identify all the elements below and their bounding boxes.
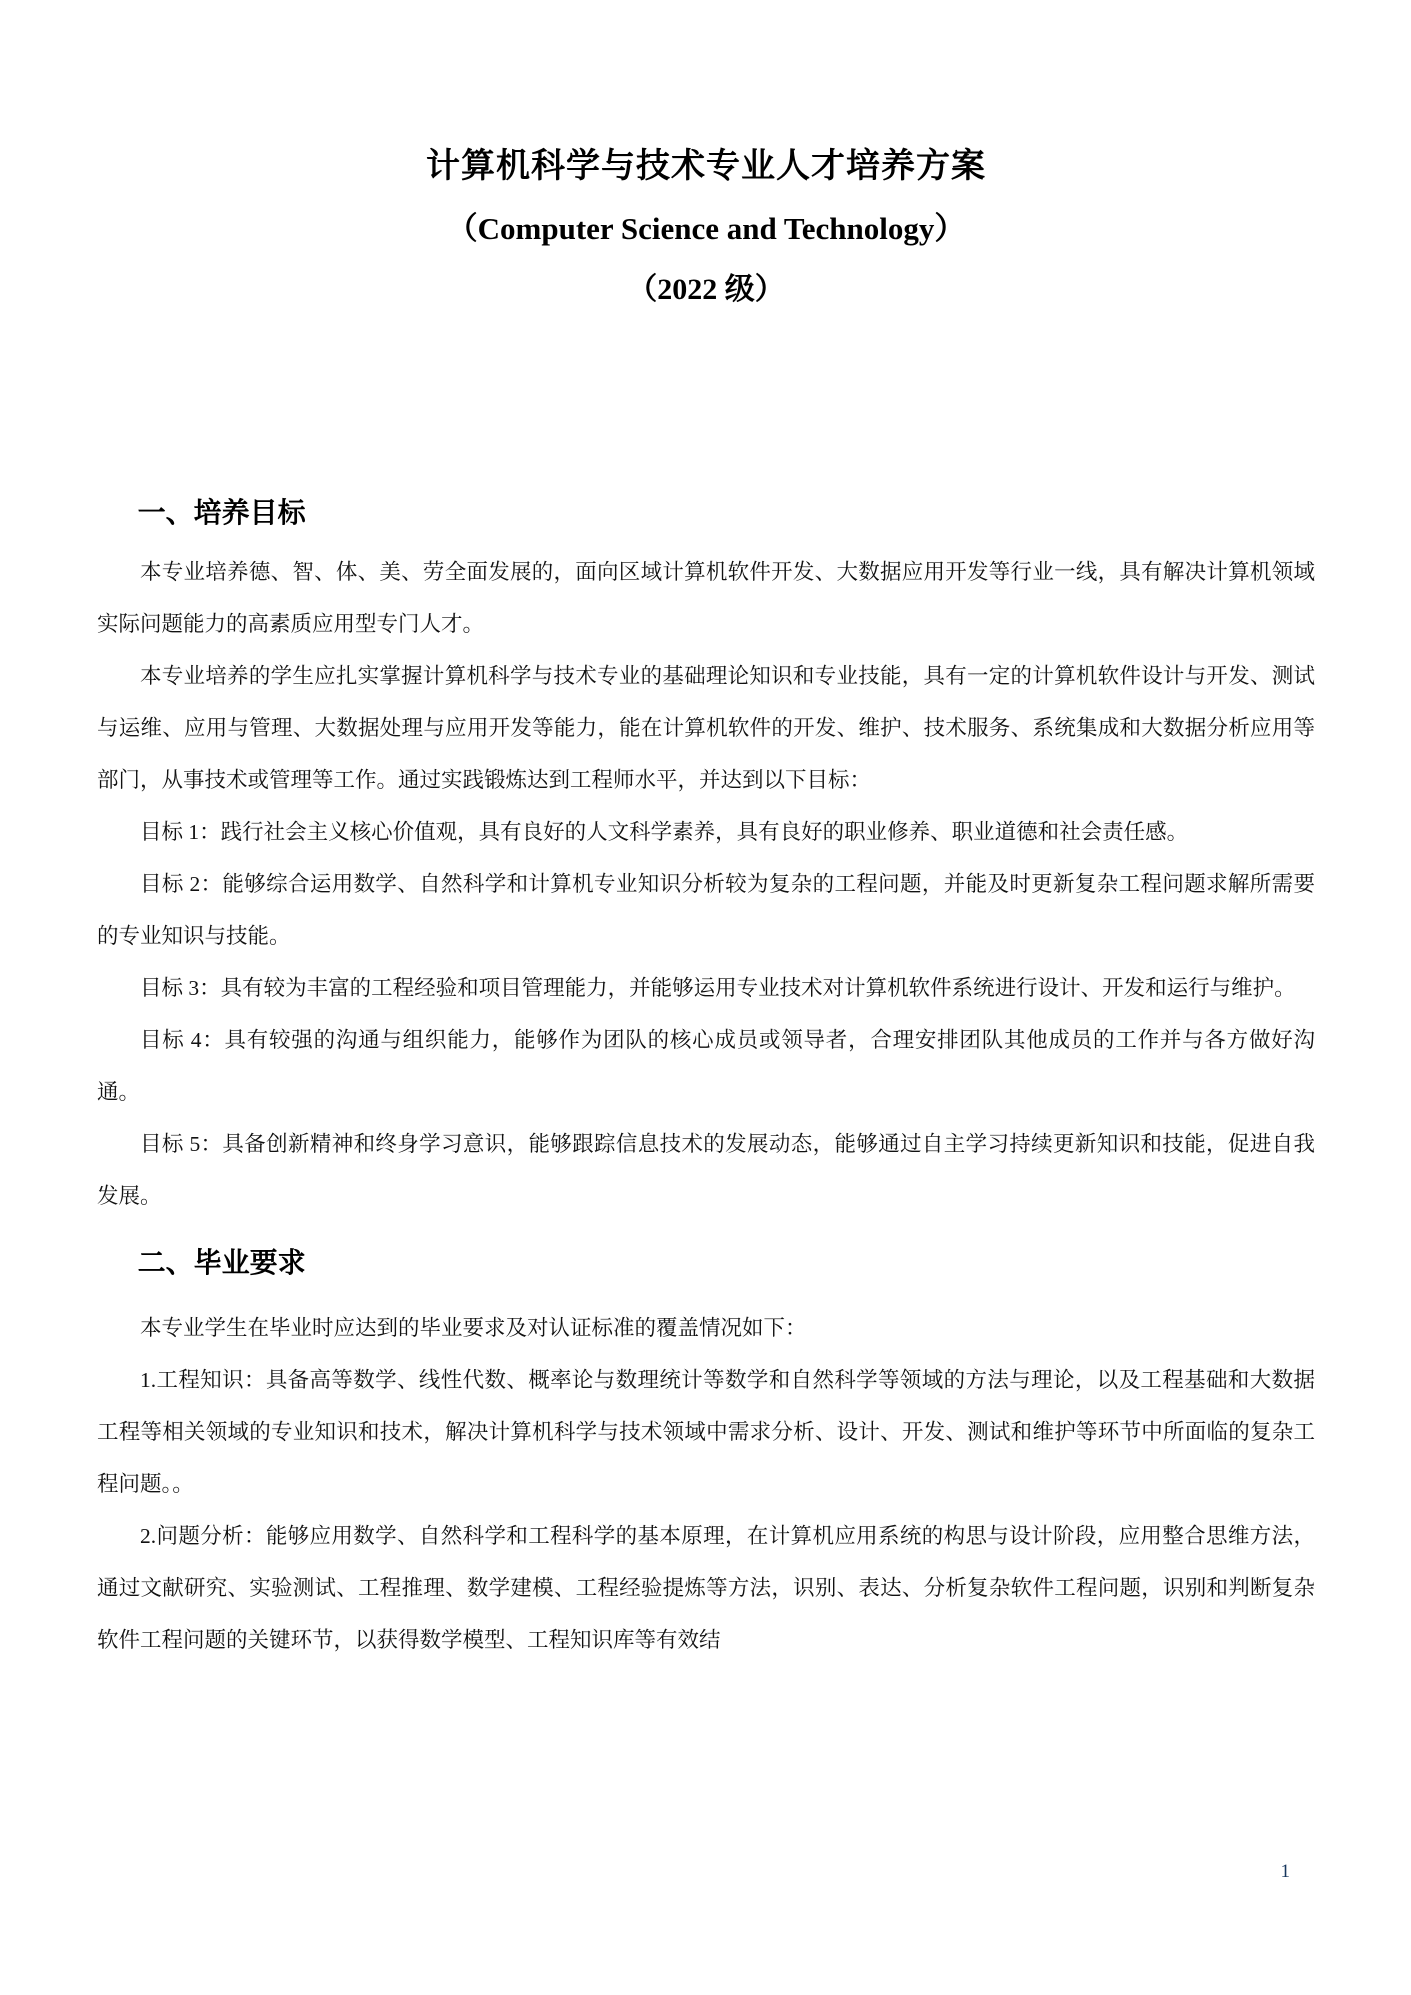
section-graduation-requirements: 二、毕业要求 本专业学生在毕业时应达到的毕业要求及对认证标准的覆盖情况如下： 1… xyxy=(97,1246,1315,1666)
paragraph: 2.问题分析：能够应用数学、自然科学和工程科学的基本原理，在计算机应用系统的构思… xyxy=(97,1510,1315,1666)
section-heading-training-objectives: 一、培养目标 xyxy=(97,496,1315,530)
document-title: 计算机科学与技术专业人才培养方案 xyxy=(97,146,1315,186)
paragraph: 目标 2：能够综合运用数学、自然科学和计算机专业知识分析较为复杂的工程问题，并能… xyxy=(97,858,1315,962)
title-block: 计算机科学与技术专业人才培养方案 （Computer Science and T… xyxy=(97,146,1315,308)
page-number: 1 xyxy=(1281,1861,1291,1883)
paragraph: 1.工程知识：具备高等数学、线性代数、概率论与数理统计等数学和自然科学等领域的方… xyxy=(97,1354,1315,1510)
section-body: 本专业学生在毕业时应达到的毕业要求及对认证标准的覆盖情况如下： 1.工程知识：具… xyxy=(97,1302,1315,1666)
document-cohort: （2022 级） xyxy=(97,272,1315,308)
paragraph: 本专业学生在毕业时应达到的毕业要求及对认证标准的覆盖情况如下： xyxy=(97,1302,1315,1354)
paragraph: 目标 4：具有较强的沟通与组织能力，能够作为团队的核心成员或领导者，合理安排团队… xyxy=(97,1014,1315,1118)
document-title-english: （Computer Science and Technology） xyxy=(97,210,1315,248)
document-page: 计算机科学与技术专业人才培养方案 （Computer Science and T… xyxy=(0,0,1411,1995)
section-heading-graduation-requirements: 二、毕业要求 xyxy=(97,1246,1315,1280)
section-training-objectives: 一、培养目标 本专业培养德、智、体、美、劳全面发展的，面向区域计算机软件开发、大… xyxy=(97,496,1315,1222)
paragraph: 目标 5：具备创新精神和终身学习意识，能够跟踪信息技术的发展动态，能够通过自主学… xyxy=(97,1118,1315,1222)
section-body: 本专业培养德、智、体、美、劳全面发展的，面向区域计算机软件开发、大数据应用开发等… xyxy=(97,546,1315,1222)
paragraph: 目标 1：践行社会主义核心价值观，具有良好的人文科学素养，具有良好的职业修养、职… xyxy=(97,806,1315,858)
paragraph: 目标 3：具有较为丰富的工程经验和项目管理能力，并能够运用专业技术对计算机软件系… xyxy=(97,962,1315,1014)
paragraph: 本专业培养德、智、体、美、劳全面发展的，面向区域计算机软件开发、大数据应用开发等… xyxy=(97,546,1315,650)
paragraph: 本专业培养的学生应扎实掌握计算机科学与技术专业的基础理论知识和专业技能，具有一定… xyxy=(97,650,1315,806)
